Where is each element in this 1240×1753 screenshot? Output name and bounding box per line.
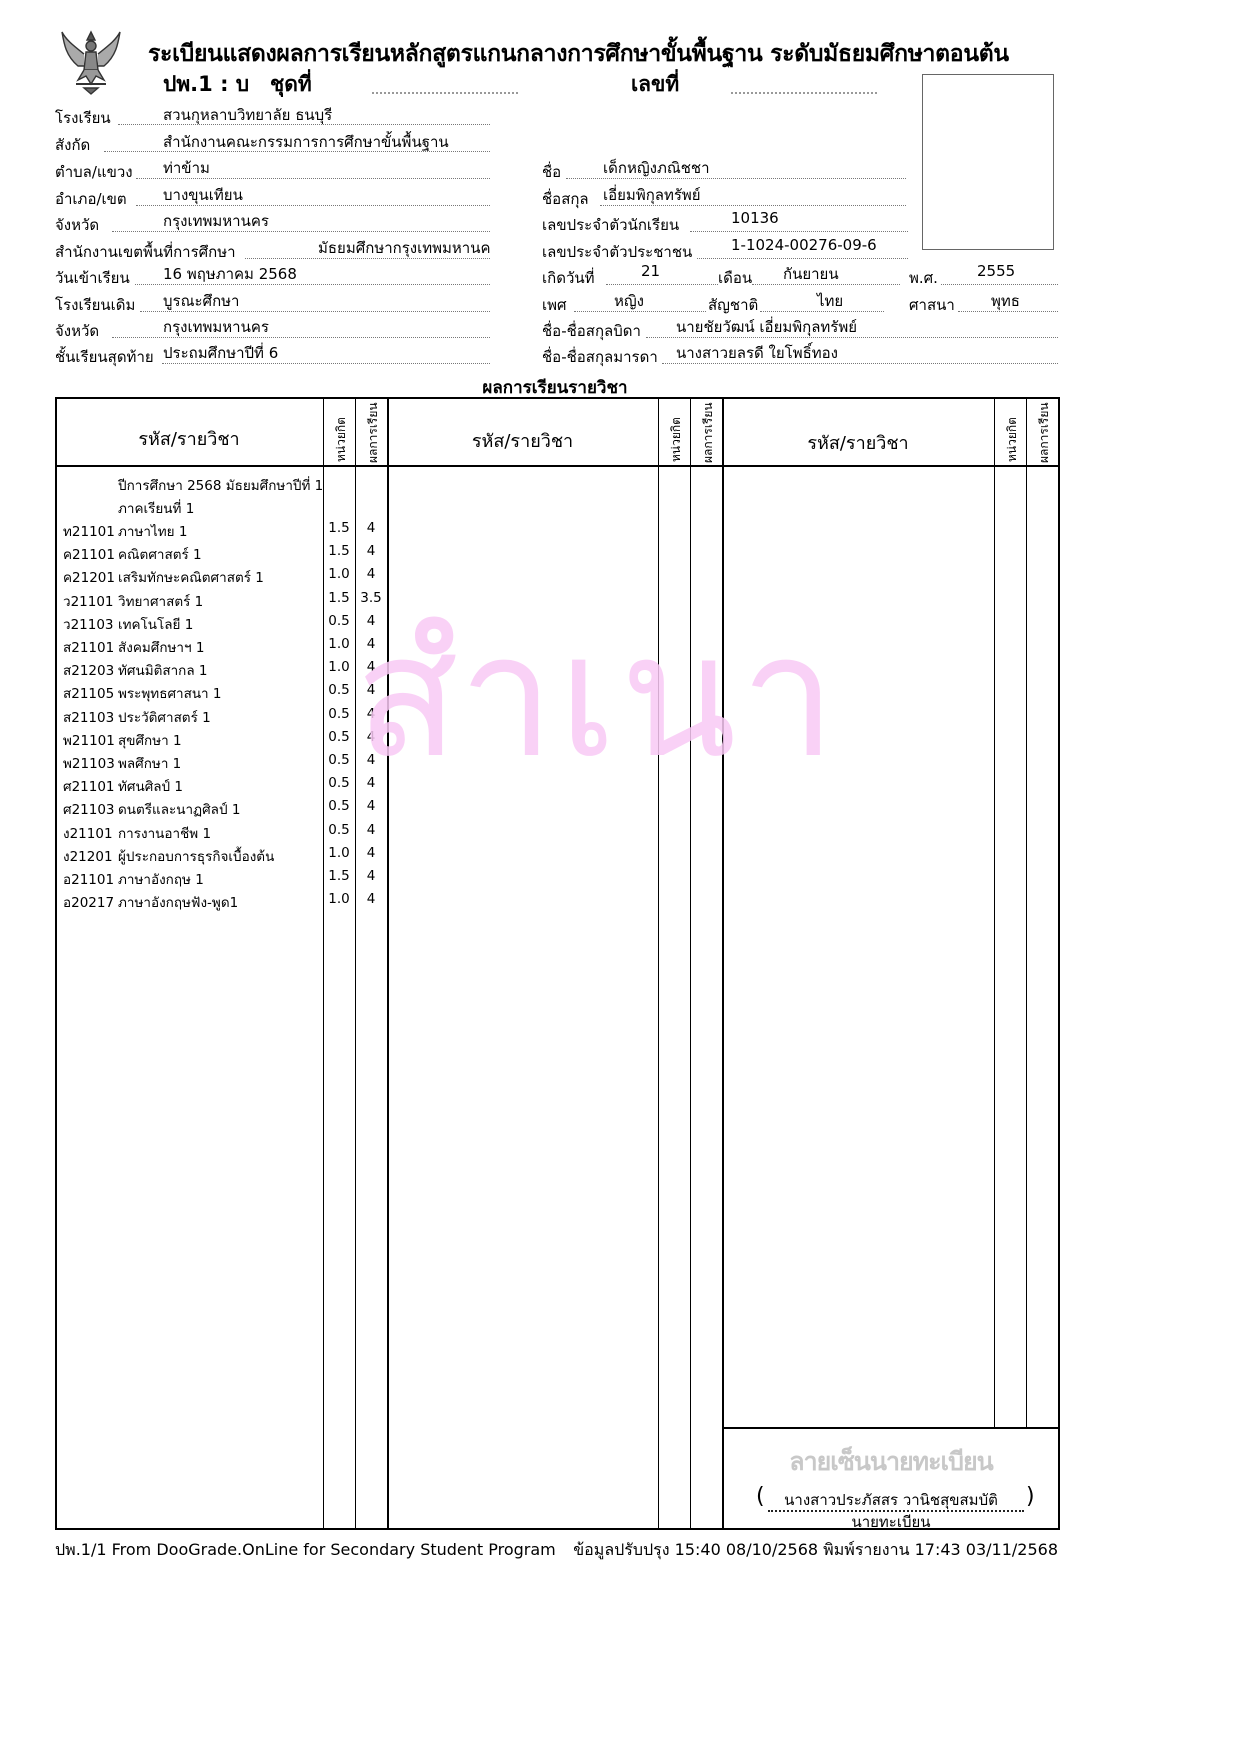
subject-credit: 1.5	[323, 868, 355, 884]
subject-grade: 4	[355, 543, 387, 559]
birth-year-value: 2555	[977, 262, 1015, 280]
table-row: ง21201ผู้ประกอบการธุรกิจเบื้องต้น1.04	[55, 845, 388, 868]
subject-code: อ20217	[63, 891, 114, 913]
table-row: ส21105พระพุทธศาสนา 10.54	[55, 682, 388, 705]
mother-value: นางสาวยลรดี ใยโพธิ์ทอง	[676, 341, 838, 365]
table-row: ค21101คณิตศาสตร์ 11.54	[55, 543, 388, 566]
sex-value: หญิง	[614, 289, 644, 313]
set-label: ชุดที่	[270, 68, 312, 101]
religion-label: ศาสนา	[909, 293, 955, 317]
subject-grade: 4	[355, 682, 387, 698]
subject-name: พระพุทธศาสนา 1	[118, 682, 222, 704]
form-code: ปพ.1 : บ	[163, 68, 249, 101]
column-divider	[658, 397, 659, 1530]
education-area-value: มัธยมศึกษากรุงเทพมหานค	[318, 236, 492, 260]
subject-name: วิทยาศาสตร์ 1	[118, 590, 203, 612]
subject-credit: 1.0	[323, 566, 355, 582]
subject-credit: 1.5	[323, 590, 355, 606]
subject-credit: 1.5	[323, 543, 355, 559]
subject-credit: 0.5	[323, 729, 355, 745]
set-number-field	[372, 92, 518, 94]
student-id-value: 10136	[731, 209, 779, 227]
subject-grade: 4	[355, 752, 387, 768]
enrollment-date-label: วันเข้าเรียน	[55, 266, 130, 290]
table-row: ศ21103ดนตรีและนาฏศิลป์ 10.54	[55, 798, 388, 821]
dotted-line	[941, 284, 1058, 285]
subject-grade: 4	[355, 798, 387, 814]
subject-name: ดนตรีและนาฏศิลป์ 1	[118, 798, 240, 820]
subject-header-3: รหัส/รายวิชา	[722, 428, 994, 457]
subject-grade: 3.5	[355, 590, 387, 606]
religion-value: พุทธ	[991, 289, 1020, 313]
sex-label: เพศ	[542, 293, 567, 317]
subject-grade: 4	[355, 613, 387, 629]
subject-code: ส21203	[63, 659, 114, 681]
last-name-label: ชื่อสกุล	[542, 187, 589, 211]
subject-grade: 4	[355, 891, 387, 907]
subject-name: สังคมศึกษาฯ 1	[118, 636, 204, 658]
subject-grade: 4	[355, 729, 387, 745]
subject-code: ส21101	[63, 636, 114, 658]
subject-code: ค21201	[63, 566, 115, 588]
column-divider	[994, 397, 995, 1427]
first-name-value: เด็กหญิงภณิชชา	[603, 156, 710, 180]
affiliation-label: สังกัด	[55, 133, 90, 157]
subject-header-1: รหัส/รายวิชา	[55, 424, 323, 453]
previous-school-label: โรงเรียนเดิม	[55, 293, 135, 317]
subject-header-2: รหัส/รายวิชา	[387, 426, 658, 455]
column-divider	[1026, 397, 1027, 1427]
last-name-value: เอี่ยมพิกุลทรัพย์	[603, 183, 701, 207]
subject-credit: 0.5	[323, 775, 355, 791]
table-row: ว21103เทคโนโลยี 10.54	[55, 613, 388, 636]
subject-name: ทัศนศิลป์ 1	[118, 775, 183, 797]
term-heading-year: ปีการศึกษา 2568 มัธยมศึกษาปีที่ 1	[118, 474, 323, 496]
subject-code: ศ21101	[63, 775, 115, 797]
subject-credit: 0.5	[323, 613, 355, 629]
table-row: อ21101ภาษาอังกฤษ 11.54	[55, 868, 388, 891]
subject-name: คณิตศาสตร์ 1	[118, 543, 202, 565]
document-title: ระเบียนแสดงผลการเรียนหลักสูตรแกนกลางการศ…	[148, 36, 1009, 72]
subject-code: ศ21103	[63, 798, 115, 820]
table-row: ส21101สังคมศึกษาฯ 11.04	[55, 636, 388, 659]
subject-code: พ21101	[63, 729, 115, 751]
mother-label: ชื่อ-ชื่อสกุลมารดา	[542, 345, 658, 369]
subject-grade: 4	[355, 822, 387, 838]
last-grade-value: ประถมศึกษาปีที่ 6	[163, 341, 278, 365]
student-id-label: เลขประจำตัวนักเรียน	[542, 213, 679, 237]
subject-code: ง21101	[63, 822, 113, 844]
nationality-value: ไทย	[817, 289, 843, 313]
dotted-line	[606, 284, 718, 285]
birth-day-label: เกิดวันที่	[542, 266, 595, 290]
table-row: ค21201เสริมทักษะคณิตศาสตร์ 11.04	[55, 566, 388, 589]
table-row: ท21101ภาษาไทย 11.54	[55, 520, 388, 543]
table-row: ส21103ประวัติศาสตร์ 10.54	[55, 706, 388, 729]
registrar-signature-placeholder: ลายเซ็นนายทะเบียน	[722, 1442, 1060, 1482]
previous-province-value: กรุงเทพมหานคร	[163, 315, 269, 339]
grade-header-3: ผลการเรียน	[1034, 399, 1053, 463]
first-name-label: ชื่อ	[542, 160, 561, 184]
subject-credit: 1.0	[323, 636, 355, 652]
nationality-label: สัญชาติ	[708, 293, 758, 317]
subject-code: ส21103	[63, 706, 114, 728]
footer-program: ปพ.1/1 From DooGrade.OnLine for Secondar…	[55, 1538, 556, 1563]
subject-code: ว21101	[63, 590, 114, 612]
dotted-line	[697, 258, 908, 259]
subject-grade: 4	[355, 566, 387, 582]
citizen-id-value: 1-1024-00276-09-6	[731, 236, 877, 254]
subject-name: ภาษาไทย 1	[118, 520, 187, 542]
grade-header-2: ผลการเรียน	[698, 399, 717, 463]
footer-timestamps: ข้อมูลปรับปรุง 15:40 08/10/2568 พิมพ์ราย…	[573, 1538, 1058, 1563]
affiliation-value: สำนักงานคณะกรรมการการศึกษาขั้นพื้นฐาน	[163, 130, 449, 154]
subject-grade: 4	[355, 659, 387, 675]
credit-header-2: หน่วยกิต	[666, 402, 685, 462]
subject-code: ส21105	[63, 682, 114, 704]
subject-name: ภาษาอังกฤษฟัง-พูด1	[118, 891, 238, 913]
subject-grade: 4	[355, 845, 387, 861]
birth-day-value: 21	[641, 262, 660, 280]
subject-credit: 0.5	[323, 706, 355, 722]
district-value: บางขุนเทียน	[163, 183, 243, 207]
school-label: โรงเรียน	[55, 106, 111, 130]
credit-header-3: หน่วยกิต	[1002, 402, 1021, 462]
subject-code: ค21101	[63, 543, 115, 565]
signature-box-divider	[722, 1427, 1060, 1429]
table-row: ส21203ทัศนมิติสากล 11.04	[55, 659, 388, 682]
subject-code: อ21101	[63, 868, 114, 890]
subject-name: ทัศนมิติสากล 1	[118, 659, 208, 681]
father-label: ชื่อ-ชื่อสกุลบิดา	[542, 319, 641, 343]
subject-code: ว21103	[63, 613, 114, 635]
education-area-label: สำนักงานเขตพื้นที่การศึกษา	[55, 240, 236, 264]
birth-month-label: เดือน	[718, 266, 752, 290]
subject-name: ผู้ประกอบการธุรกิจเบื้องต้น	[118, 845, 274, 867]
subject-credit: 1.0	[323, 659, 355, 675]
birth-month-value: กันยายน	[783, 262, 839, 286]
subject-credit: 1.0	[323, 845, 355, 861]
subdistrict-value: ท่าข้าม	[163, 156, 210, 180]
previous-province-label: จังหวัด	[55, 319, 99, 343]
citizen-id-label: เลขประจำตัวประชาชน	[542, 240, 692, 264]
last-grade-label: ชั้นเรียนสุดท้าย	[55, 345, 154, 369]
credit-header-1: หน่วยกิต	[331, 402, 350, 462]
subject-credit: 0.5	[323, 752, 355, 768]
subject-grade: 4	[355, 775, 387, 791]
garuda-emblem-icon	[56, 26, 126, 96]
table-row: พ21103พลศึกษา 10.54	[55, 752, 388, 775]
student-photo-box	[922, 74, 1054, 250]
school-value: สวนกุหลาบวิทยาลัย ธนบุรี	[163, 103, 332, 127]
subject-credit: 0.5	[323, 682, 355, 698]
subject-grade: 4	[355, 706, 387, 722]
table-row: ง21101การงานอาชีพ 10.54	[55, 822, 388, 845]
subject-name: สุขศึกษา 1	[118, 729, 182, 751]
previous-school-value: บูรณะศึกษา	[163, 289, 239, 313]
dotted-line	[690, 231, 908, 232]
birth-year-label: พ.ศ.	[909, 266, 938, 290]
subject-name: พลศึกษา 1	[118, 752, 181, 774]
subject-credit: 1.5	[323, 520, 355, 536]
district-label: อำเภอ/เขต	[55, 187, 127, 211]
column-divider	[722, 397, 724, 1530]
table-header-divider	[55, 465, 1060, 467]
subject-credit: 0.5	[323, 822, 355, 838]
province-value: กรุงเทพมหานคร	[163, 209, 269, 233]
subject-name: การงานอาชีพ 1	[118, 822, 211, 844]
father-value: นายชัยวัฒน์ เอี่ยมพิกุลทรัพย์	[676, 315, 857, 339]
registrar-name: นางสาวประภัสสร วานิชสุขสมบัติ	[722, 1488, 1060, 1512]
table-row: ศ21101ทัศนศิลป์ 10.54	[55, 775, 388, 798]
subject-name: เทคโนโลยี 1	[118, 613, 193, 635]
subject-code: ง21201	[63, 845, 113, 867]
subject-name: ประวัติศาสตร์ 1	[118, 706, 211, 728]
subject-credit: 1.0	[323, 891, 355, 907]
subject-grade: 4	[355, 520, 387, 536]
subdistrict-label: ตำบล/แขวง	[55, 160, 133, 184]
table-row: อ20217ภาษาอังกฤษฟัง-พูด11.04	[55, 891, 388, 914]
table-row: ว21101วิทยาศาสตร์ 11.53.5	[55, 590, 388, 613]
subject-code: พ21103	[63, 752, 115, 774]
document-number-field	[731, 92, 877, 94]
subject-code: ท21101	[63, 520, 115, 542]
subject-grade: 4	[355, 868, 387, 884]
number-label: เลขที่	[631, 68, 679, 101]
column-divider	[690, 397, 691, 1530]
subject-grade: 4	[355, 636, 387, 652]
table-row: พ21101สุขศึกษา 10.54	[55, 729, 388, 752]
subject-name: ภาษาอังกฤษ 1	[118, 868, 204, 890]
subject-name: เสริมทักษะคณิตศาสตร์ 1	[118, 566, 264, 588]
enrollment-date-value: 16 พฤษภาคม 2568	[163, 262, 297, 286]
grade-header-1: ผลการเรียน	[363, 399, 382, 463]
province-label: จังหวัด	[55, 213, 99, 237]
term-heading-semester: ภาคเรียนที่ 1	[118, 497, 194, 519]
subject-credit: 0.5	[323, 798, 355, 814]
registrar-title: นายทะเบียน	[722, 1510, 1060, 1534]
